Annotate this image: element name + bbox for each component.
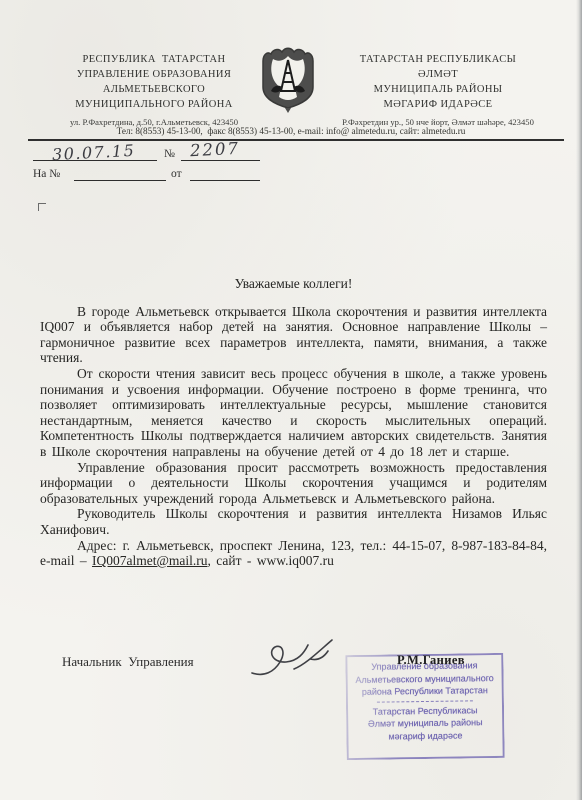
reply-to-number-label: На № <box>33 168 60 180</box>
website-text: , сайт - www.iq007.ru <box>208 553 334 568</box>
reply-date-underline <box>190 166 260 181</box>
contact-address-block: Адрес: г. Альметьевск, проспект Ленина, … <box>40 538 547 569</box>
addressee-corner-mark <box>38 203 46 211</box>
header-divider <box>28 139 564 141</box>
stamp-line: Әлмәт муниципаль районы <box>348 716 502 731</box>
reply-number-underline <box>74 166 166 181</box>
stamp-divider <box>377 700 473 702</box>
contact-line: Тел: 8(8553) 45-13-00, факс 8(8553) 45-1… <box>24 126 558 136</box>
email-text: IQ007almet@mail.ru <box>92 553 208 568</box>
paragraph: Управление образования просит рассмотрет… <box>40 460 547 507</box>
almetyevsk-coat-of-arms-icon <box>258 47 318 113</box>
paragraph: Руководитель Школы скорочтения и развити… <box>40 506 547 537</box>
signer-name-printed: Р.М.Ганиев <box>397 653 465 668</box>
official-stamp: Управление образования Альметьевского му… <box>345 653 504 760</box>
org-name-line: МӘГАРИФ ИДАРӘСЕ <box>316 97 560 112</box>
signer-title: Начальник Управления <box>62 654 194 670</box>
paragraph: В городе Альметьевск открывается Школа с… <box>40 304 547 366</box>
handwritten-signature <box>248 633 344 685</box>
org-name-line: ТАТАРСТАН РЕСПУБЛИКАСЫ <box>316 52 560 67</box>
org-name-line: МУНИЦИПАЛЬНОГО РАЙОНА <box>48 97 260 112</box>
salutation: Уважаемые коллеги! <box>40 276 547 292</box>
org-name-line: МУНИЦИПАЛЬ РАЙОНЫ <box>316 82 560 97</box>
reply-from-label: от <box>171 168 182 180</box>
scanned-letter-page: РЕСПУБЛИКА ТАТАРСТАН УПРАВЛЕНИЕ ОБРАЗОВА… <box>0 0 582 800</box>
org-name-line: УПРАВЛЕНИЕ ОБРАЗОВАНИЯ <box>48 67 260 82</box>
stamp-line: района Республики Татарстан <box>348 684 502 699</box>
letterhead-org-russian: РЕСПУБЛИКА ТАТАРСТАН УПРАВЛЕНИЕ ОБРАЗОВА… <box>48 52 260 127</box>
handwritten-number: 2207 <box>190 139 241 161</box>
letterhead-org-tatar: ТАТАРСТАН РЕСПУБЛИКАСЫ ӘЛМӘТ МУНИЦИПАЛЬ … <box>316 52 560 127</box>
stamp-line: мәгариф идарәсе <box>348 728 502 743</box>
org-name-line: АЛЬМЕТЬЕВСКОГО <box>48 82 260 97</box>
number-sign-label: № <box>164 148 175 160</box>
org-name-line: ӘЛМӘТ <box>316 67 560 82</box>
paragraph: От скорости чтения зависит весь процесс … <box>40 366 547 460</box>
org-name-line: РЕСПУБЛИКА ТАТАРСТАН <box>48 52 260 67</box>
letter-body: Уважаемые коллеги! В городе Альметьевск … <box>40 276 547 569</box>
